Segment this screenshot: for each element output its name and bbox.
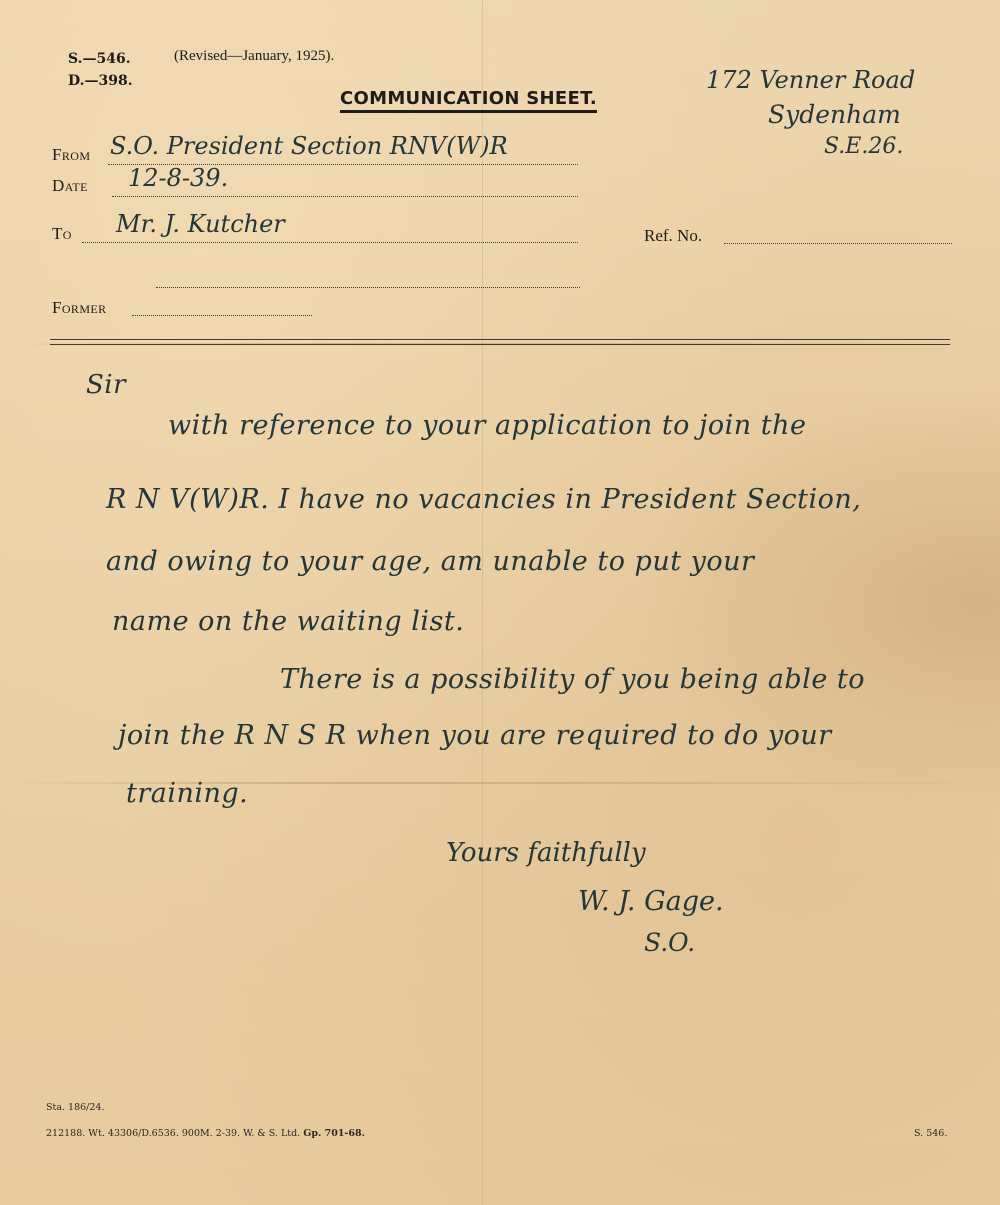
revised-note: (Revised—January, 1925). — [174, 48, 334, 65]
communication-sheet: S.—546. D.—398. (Revised—January, 1925).… — [0, 0, 1000, 1205]
address-line-2: Sydenham — [768, 100, 901, 129]
form-codes: S.—546. D.—398. — [68, 48, 133, 92]
footer-sta: Sta. 186/24. — [46, 1102, 104, 1113]
from-label: From — [52, 145, 90, 165]
date-label: Date — [52, 176, 88, 196]
signature: W. J. Gage. — [578, 886, 724, 917]
address-line-1: 172 Venner Road — [706, 66, 915, 94]
to-second-dotted-line — [156, 287, 580, 288]
page-title: COMMUNICATION SHEET. — [340, 88, 597, 113]
letter-salutation: Sir — [86, 370, 126, 400]
to-dotted-line — [82, 242, 578, 243]
fold-crease-vertical — [482, 0, 483, 1205]
from-value: S.O. President Section RNV(W)R — [110, 132, 508, 160]
address-line-3: S.E.26. — [824, 134, 903, 159]
to-label: To — [52, 224, 72, 244]
letter-line-6: join the R N S R when you are required t… — [118, 720, 832, 751]
letter-line-1: with reference to your application to jo… — [168, 410, 806, 441]
ref-no-dotted-line — [724, 243, 952, 244]
footer-form-number: S. 546. — [914, 1128, 947, 1139]
ref-no-label: Ref. No. — [644, 226, 702, 246]
footer-print-details: 212188. Wt. 43306/D.6536. 900M. 2-39. W.… — [46, 1128, 300, 1139]
letter-line-7: training. — [126, 778, 248, 809]
form-code-d: D.—398. — [68, 70, 133, 92]
former-dotted-line — [132, 315, 312, 316]
date-dotted-line — [112, 196, 578, 197]
footer-print-group: Gp. 701-68. — [303, 1128, 365, 1139]
footer-print-info: 212188. Wt. 43306/D.6536. 900M. 2-39. W.… — [46, 1128, 365, 1139]
signature-title: S.O. — [644, 928, 695, 957]
letter-line-2: R N V(W)R. I have no vacancies in Presid… — [106, 484, 861, 515]
form-code-s: S.—546. — [68, 48, 133, 70]
former-label: Former — [52, 298, 107, 318]
date-value: 12-8-39. — [128, 164, 228, 192]
letter-line-5: There is a possibility of you being able… — [280, 664, 865, 695]
header-divider — [50, 339, 950, 345]
letter-line-3: and owing to your age, am unable to put … — [106, 546, 754, 577]
letter-line-4: name on the waiting list. — [112, 606, 464, 637]
to-value: Mr. J. Kutcher — [116, 210, 285, 238]
letter-closing: Yours faithfully — [446, 838, 646, 868]
